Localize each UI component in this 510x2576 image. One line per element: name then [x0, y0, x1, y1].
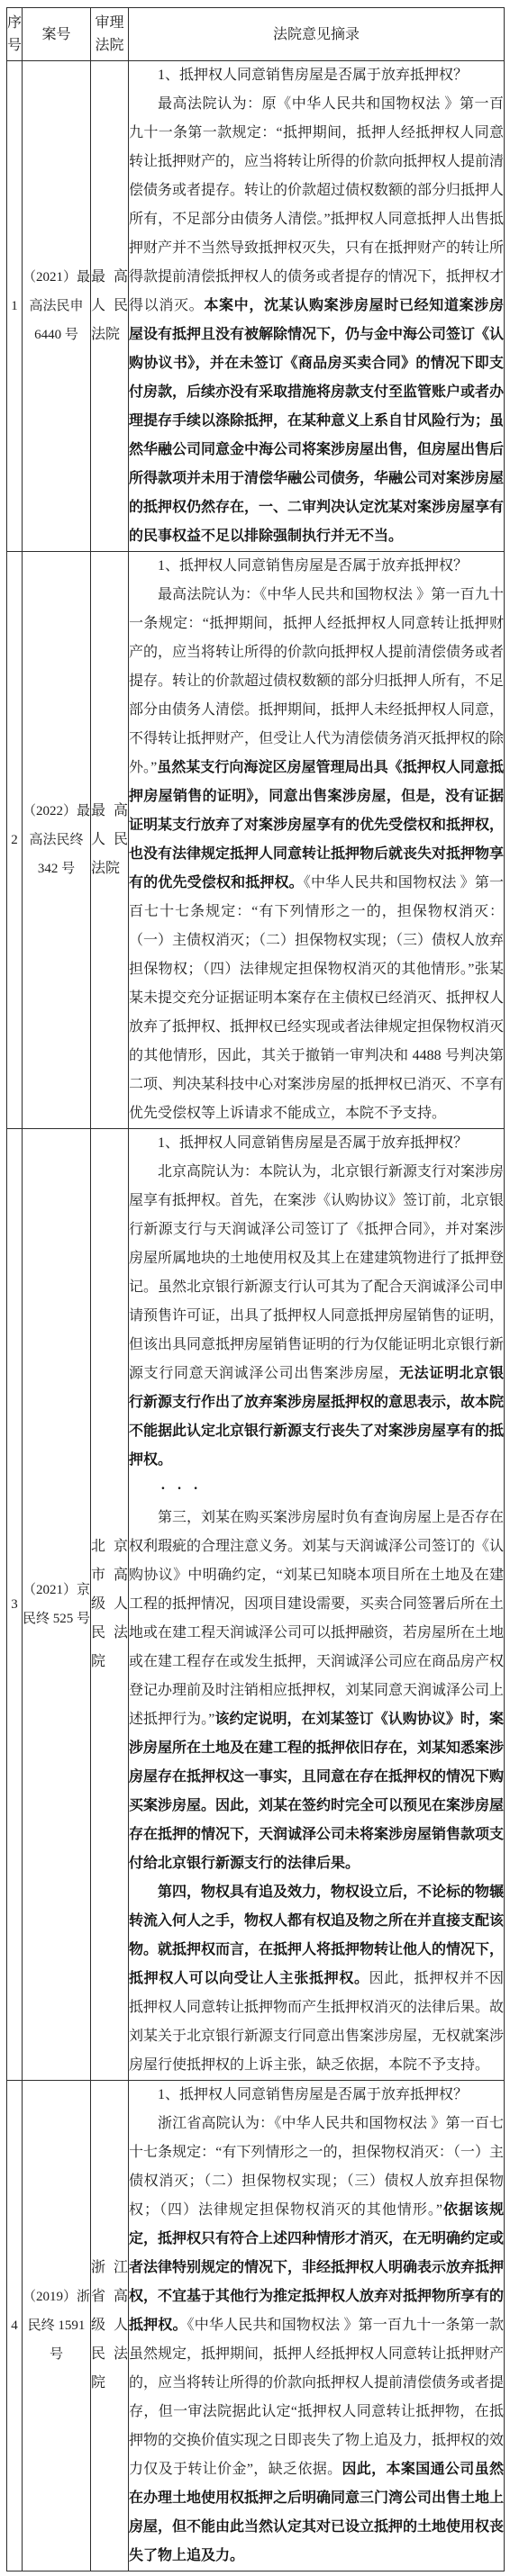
- opinion-text: 1、抵押权人同意销售房屋是否属于放弃抵押权？: [158, 2087, 468, 2102]
- opinion-text: 1、抵押权人同意销售房屋是否属于放弃抵押权？: [158, 68, 468, 83]
- case-number-cell: （2022）最高法民终342 号: [23, 552, 91, 1129]
- legal-opinion-document: 序 号 案号 审理 法院 法院意见摘录 1 （2021）最高法民申6440 号 …: [0, 0, 510, 2576]
- opinion-text: 《中华人民共和国物权法 》第一百七十七条规定：“有下列情形之一的，担保物权消灭：…: [129, 875, 504, 1121]
- opinion-paragraph: 1、抵押权人同意销售房屋是否属于放弃抵押权？: [129, 1129, 504, 1158]
- opinion-text: 《中华人民共和国物权法 》第一百九十一条第一款虽然规定，抵押期间，抵押人经抵押权…: [129, 2318, 504, 2477]
- opinion-text: 1、抵押权人同意销售房屋是否属于放弃抵押权？: [158, 558, 468, 574]
- opinion-text-bold: 依据该规定，抵押权只有符合上述四种情形才消灭，在无明确约定或者法律特别规定的情况…: [129, 2202, 504, 2333]
- opinion-text: 1、抵押权人同意销售房屋是否属于放弃抵押权？: [158, 1135, 468, 1151]
- opinion-text-bold: ···: [160, 1481, 209, 1496]
- header-row: 序 号 案号 审理 法院 法院意见摘录: [7, 8, 505, 61]
- opinion-paragraph: 第三，刘某在购买案涉房屋时负有查询房屋上是否存在权利瑕疵的合理注意义务。刘某与天…: [129, 1504, 504, 1878]
- opinion-paragraph: 1、抵押权人同意销售房屋是否属于放弃抵押权？: [129, 61, 504, 90]
- table-row: 3 （2021）京民终 525 号 北京市高级人民法院 1、抵押权人同意销售房屋…: [7, 1129, 505, 2081]
- case-number-cell: （2019）浙民终 1591 号: [23, 2081, 91, 2571]
- seq-cell: 2: [7, 552, 23, 1129]
- header-case-number: 案号: [23, 8, 91, 61]
- opinion-paragraph: 北京高院认为：本院认为，北京银行新源支行对案涉房屋享有抵押权。首先，在案涉《认购…: [129, 1158, 504, 1475]
- case-number-cell: （2021）京民终 525 号: [23, 1129, 91, 2081]
- header-court: 审理 法院: [91, 8, 129, 61]
- opinion-text-bold: 本案中，沈某认购案涉房屋时已经知道案涉房屋设有抵押且没有被解除情况下，仍与金中海…: [129, 298, 504, 544]
- court-cell: 最高人民法院: [91, 61, 129, 552]
- opinion-paragraph: 1、抵押权人同意销售房屋是否属于放弃抵押权？: [129, 2081, 504, 2110]
- opinion-text-bold: 该约定说明，在刘某签订《认购协议》时，案涉房屋所在土地及在建工程的抵押依旧存在，…: [129, 1712, 504, 1871]
- court-cell: 最高人民法院: [91, 552, 129, 1129]
- table-row: 1 （2021）最高法民申6440 号 最高人民法院 1、抵押权人同意销售房屋是…: [7, 61, 505, 552]
- omitted-text-ellipsis: ···: [129, 1475, 504, 1504]
- header-seq: 序 号: [7, 8, 23, 61]
- opinion-text: 第三，刘某在购买案涉房屋时负有查询房屋上是否存在权利瑕疵的合理注意义务。刘某与天…: [129, 1510, 504, 1727]
- table-row: 2 （2022）最高法民终342 号 最高人民法院 1、抵押权人同意销售房屋是否…: [7, 552, 505, 1129]
- opinion-cell: 1、抵押权人同意销售房屋是否属于放弃抵押权？最高法院认为：原《中华人民共和国物权…: [129, 61, 505, 552]
- court-cell: 北京市高级人民法院: [91, 1129, 129, 2081]
- opinion-cell: 1、抵押权人同意销售房屋是否属于放弃抵押权？浙江省高院认为：《中华人民共和国物权…: [129, 2081, 505, 2571]
- opinion-text: 最高法院认为：原《中华人民共和国物权法 》第一百九十一条第一款规定：“抵押期间，…: [129, 96, 504, 313]
- header-opinion: 法院意见摘录: [129, 8, 505, 61]
- opinion-paragraph: 第四，物权具有追及效力，物权设立后，不论标的物辗转流入何人之手，物权人都有权追及…: [129, 1878, 504, 2080]
- opinion-cell: 1、抵押权人同意销售房屋是否属于放弃抵押权？北京高院认为：本院认为，北京银行新源…: [129, 1129, 505, 2081]
- seq-cell: 3: [7, 1129, 23, 2081]
- opinion-cell: 1、抵押权人同意销售房屋是否属于放弃抵押权？最高法院认为：《中华人民共和国物权法…: [129, 552, 505, 1129]
- opinion-paragraph: 1、抵押权人同意销售房屋是否属于放弃抵押权？: [129, 552, 504, 581]
- seq-cell: 1: [7, 61, 23, 552]
- court-opinions-table: 序 号 案号 审理 法院 法院意见摘录 1 （2021）最高法民申6440 号 …: [6, 7, 505, 2571]
- opinion-text: 最高法院认为：《中华人民共和国物权法 》第一百九十一条规定：“抵押期间，抵押人经…: [129, 587, 504, 775]
- table-row: 4 （2019）浙民终 1591 号 浙江省高级人民法院 1、抵押权人同意销售房…: [7, 2081, 505, 2571]
- court-cell: 浙江省高级人民法院: [91, 2081, 129, 2571]
- opinion-text-bold: 虽然某支行向海淀区房屋管理局出具《抵押权人同意抵押房屋销售的证明》，同意出售案涉…: [129, 760, 504, 890]
- opinion-text: 北京高院认为：本院认为，北京银行新源支行对案涉房屋享有抵押权。首先，在案涉《认购…: [129, 1164, 504, 1381]
- opinion-paragraph: 最高法院认为：原《中华人民共和国物权法 》第一百九十一条第一款规定：“抵押期间，…: [129, 90, 504, 551]
- opinion-paragraph: 最高法院认为：《中华人民共和国物权法 》第一百九十一条规定：“抵押期间，抵押人经…: [129, 581, 504, 1128]
- case-number-cell: （2021）最高法民申6440 号: [23, 61, 91, 552]
- table-body: 1 （2021）最高法民申6440 号 最高人民法院 1、抵押权人同意销售房屋是…: [7, 61, 505, 2571]
- seq-cell: 4: [7, 2081, 23, 2571]
- opinion-paragraph: 浙江省高院认为：《中华人民共和国物权法 》第一百七十七条规定：“有下列情形之一的…: [129, 2110, 504, 2571]
